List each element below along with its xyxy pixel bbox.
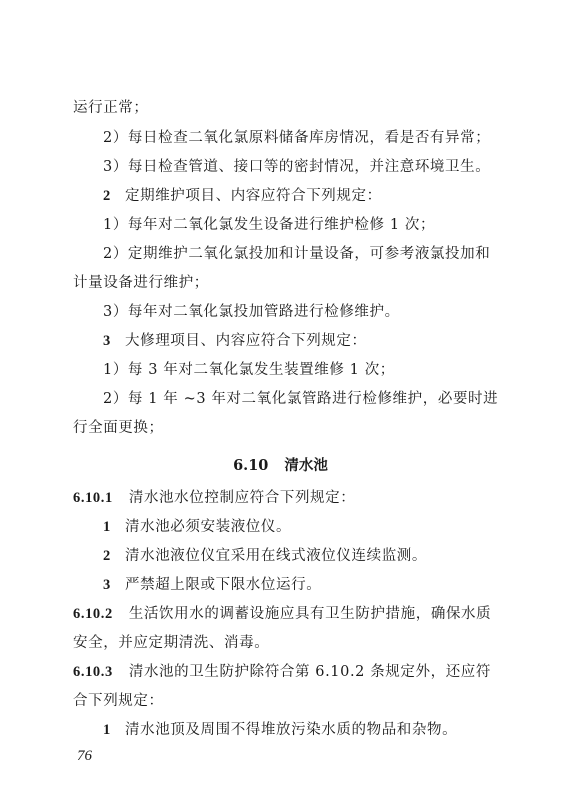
item-number: 1 <box>103 720 125 740</box>
clause-number: 6.10.3 <box>73 664 113 680</box>
section-title: 6.10清水池 <box>0 454 561 475</box>
clause-text: 清水池水位控制应符合下列规定： <box>129 490 356 506</box>
text-line: 安全，并应定期清洗、消毒。 <box>73 633 269 653</box>
list-item: 3严禁超上限或下限水位运行。 <box>103 575 321 595</box>
section-name: 清水池 <box>284 457 328 474</box>
item-text: 清水池液位仪宜采用在线式液位仪连续监测。 <box>125 548 427 564</box>
clause-text: 清水池的卫生防护除符合第 6.10.2 条规定外，还应符 <box>129 664 491 680</box>
list-item: 1清水池必须安装液位仪。 <box>103 517 291 537</box>
list-item: 3）每日检查管道、接口等的密封情况，并注意环境卫生。 <box>103 157 490 177</box>
clause: 6.10.2生活饮用水的调蓄设施应具有卫生防护措施，确保水质 <box>73 604 491 624</box>
item-number: 3 <box>103 575 125 595</box>
list-item: 3）每年对二氧化氯投加管路进行检修维护。 <box>103 302 400 322</box>
list-item: 2）每 1 年 ~3 年对二氧化氯管路进行检修维护，必要时进 <box>103 389 498 409</box>
item-text: 严禁超上限或下限水位运行。 <box>125 577 321 593</box>
item-number: 2 <box>103 546 125 566</box>
list-item: 1）每 3 年对二氧化氯发生装置维修 1 次； <box>103 360 395 380</box>
clause: 6.10.3清水池的卫生防护除符合第 6.10.2 条规定外，还应符 <box>73 662 491 682</box>
item-number: 3 <box>103 331 125 351</box>
text-line: 运行正常； <box>73 98 149 118</box>
item-number: 2 <box>103 186 125 206</box>
list-item: 1清水池顶及周围不得堆放污染水质的物品和杂物。 <box>103 720 457 740</box>
clause: 6.10.1清水池水位控制应符合下列规定： <box>73 488 355 508</box>
list-item: 2）定期维护二氧化氯投加和计量设备，可参考液氯投加和 <box>103 244 490 264</box>
item-heading: 3大修理项目、内容应符合下列规定： <box>103 331 367 351</box>
section-number: 6.10 <box>233 457 268 474</box>
item-text: 定期维护项目、内容应符合下列规定： <box>125 188 382 204</box>
text-line: 计量设备进行维护； <box>73 273 209 293</box>
list-item: 1）每年对二氧化氯发生设备进行维护检修 1 次； <box>103 215 435 235</box>
item-text: 清水池顶及周围不得堆放污染水质的物品和杂物。 <box>125 722 457 738</box>
text-line: 行全面更换； <box>73 418 164 438</box>
item-text: 大修理项目、内容应符合下列规定： <box>125 333 367 349</box>
list-item: 2清水池液位仪宜采用在线式液位仪连续监测。 <box>103 546 427 566</box>
page-number: 76 <box>77 748 92 765</box>
text-line: 合下列规定： <box>73 691 164 711</box>
item-number: 1 <box>103 517 125 537</box>
clause-number: 6.10.1 <box>73 490 113 506</box>
clause-text: 生活饮用水的调蓄设施应具有卫生防护措施，确保水质 <box>129 606 491 622</box>
item-heading: 2定期维护项目、内容应符合下列规定： <box>103 186 382 206</box>
clause-number: 6.10.2 <box>73 606 113 622</box>
list-item: 2）每日检查二氧化氯原料储备库房情况，看是否有异常； <box>103 128 490 148</box>
item-text: 清水池必须安装液位仪。 <box>125 519 291 535</box>
